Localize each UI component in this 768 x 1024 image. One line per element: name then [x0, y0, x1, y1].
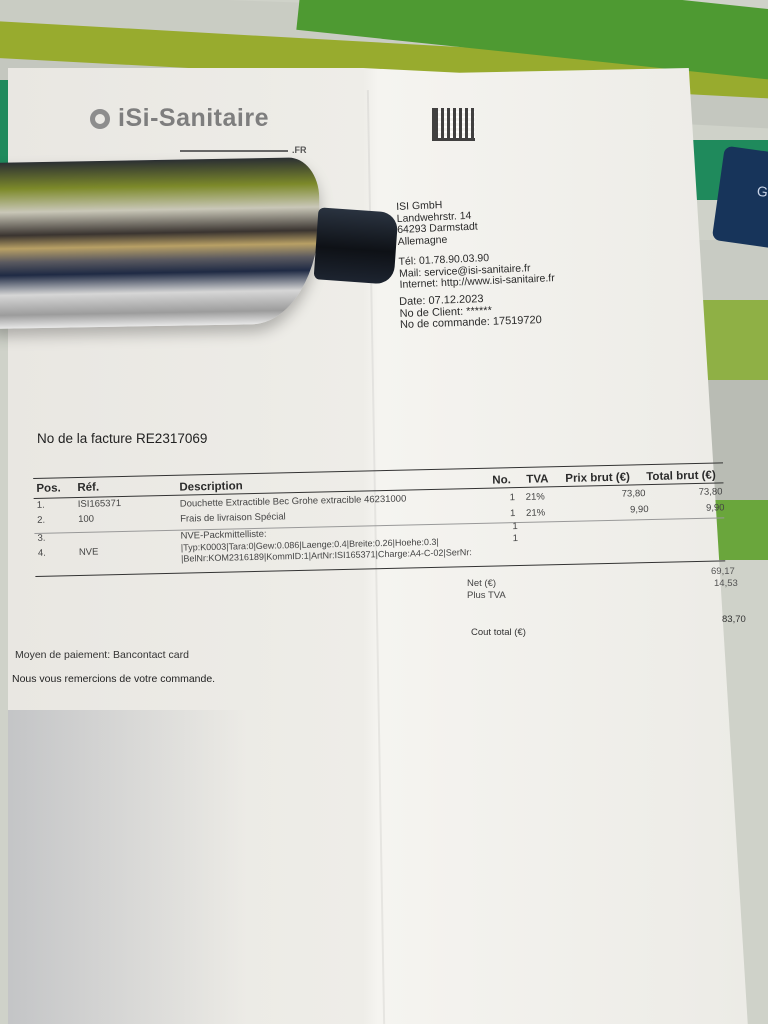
row-qty: 1: [512, 521, 518, 532]
tva-label: Plus TVA: [467, 590, 506, 601]
row-tva: 21%: [526, 491, 545, 502]
row-total: 9,90: [706, 502, 725, 513]
row-description: NVE-Packmittelliste:: [180, 529, 266, 542]
total-value: 83,70: [722, 614, 746, 625]
row-rule: [34, 517, 724, 534]
row-unit-price: 73,80: [622, 488, 646, 500]
row-description: Douchette Extractible Bec Grohe extracib…: [180, 494, 407, 510]
seller-address: ISI GmbH Landwehrstr. 14 64293 Darmstadt…: [396, 195, 555, 291]
header-ref: Réf.: [77, 482, 99, 494]
faucet-nozzle: [314, 207, 399, 284]
row-tva: 21%: [526, 507, 545, 518]
logo-underline: [180, 150, 288, 152]
row-pos: 1.: [37, 500, 45, 511]
total-label: Cout total (€): [471, 627, 526, 638]
invoice-number: No de la facture RE2317069: [37, 431, 207, 446]
droplet-logo-icon: [88, 105, 112, 133]
row-pos: 3.: [37, 533, 45, 544]
thank-you-note: Nous vous remercions de votre commande.: [12, 673, 215, 685]
chrome-faucet-spout: [0, 157, 321, 329]
header-pos: Pos.: [36, 482, 61, 495]
line-items-table: Pos. Réf. Description No. TVA Prix brut …: [33, 454, 726, 590]
header-tva: TVA: [526, 473, 548, 485]
tva-value: 14,53: [714, 578, 738, 589]
header-qty: No.: [492, 474, 511, 486]
net-value: 69,17: [711, 566, 735, 577]
row-description: Frais de livraison Spécial: [180, 511, 286, 524]
row-ref: 100: [78, 514, 94, 525]
net-label: Net (€): [467, 578, 496, 589]
brand-logo: iSi-Sanitaire: [88, 104, 269, 133]
header-unit-price: Prix brut (€): [565, 471, 630, 484]
row-pos: 4.: [38, 548, 46, 559]
header-total: Total brut (€): [646, 470, 716, 484]
table-bottom-rule: [35, 560, 725, 577]
row-pos: 2.: [37, 515, 45, 526]
row-qty: 1: [513, 533, 519, 544]
shadow: [8, 710, 248, 1024]
row-qty: 1: [510, 508, 516, 519]
row-ref: ISI165371: [78, 498, 122, 510]
row-unit-price: 9,90: [630, 504, 649, 515]
datamatrix-code-icon: [432, 108, 475, 141]
row-total: 73,80: [699, 486, 723, 498]
row-ref: NVE: [79, 547, 99, 558]
brand-suffix: .FR: [292, 145, 307, 155]
header-description: Description: [179, 480, 243, 493]
brand-name: iSi-Sanitaire: [118, 104, 269, 133]
invoice-meta: Date: 07.12.2023 No de Client: ****** No…: [399, 292, 542, 331]
row-qty: 1: [510, 492, 516, 503]
payment-method: Moyen de paiement: Bancontact card: [15, 649, 189, 661]
